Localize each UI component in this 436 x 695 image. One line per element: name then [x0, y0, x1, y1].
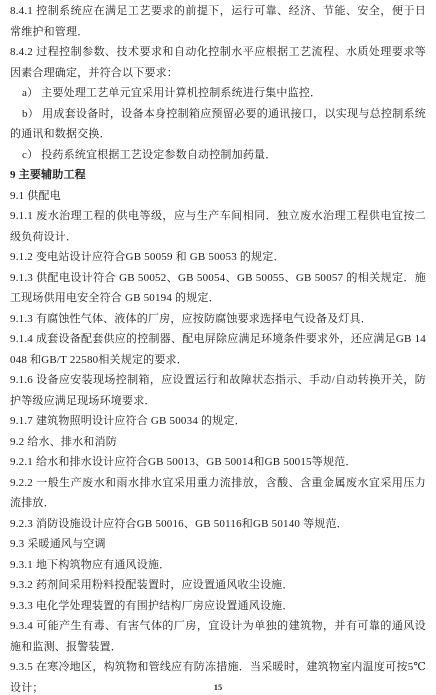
document-page: 8.4.1 控制系统应在满足工艺要求的前提下，运行可靠、经济、节能、安全，便于日…: [0, 0, 436, 695]
paragraph: 9.1.1 废水治理工程的供电等级，应与生产车间相同．独立废水治理工程供电宜按二…: [10, 206, 426, 247]
paragraph: 9.2.3 消防设施设计应符合GB 50016、GB 50116和GB 5014…: [10, 514, 426, 535]
paragraph: 9.2.2 一般生产废水和雨水排水宜采用重力流排放，含酸、含重金属废水宜采用压力…: [10, 473, 426, 514]
paragraph: b） 用成套设备时，设备本身控制箱应预留必要的通讯接口，以实现与总控制系统的通讯…: [10, 104, 426, 145]
paragraph: 9.2 给水、排水和消防: [10, 432, 426, 453]
paragraph: 8.4.1 控制系统应在满足工艺要求的前提下，运行可靠、经济、节能、安全，便于日…: [10, 1, 426, 42]
paragraph: 9.1.3 供配电设计符合 GB 50052、GB 50054、GB 50055…: [10, 268, 426, 309]
paragraph: 9.2.1 给水和排水设计应符合GB 50013、GB 50014和GB 500…: [10, 452, 426, 473]
paragraph: 9.1.6 设备应安装现场控制箱，应设置运行和故障状态指示、手动/自动转换开关，…: [10, 370, 426, 411]
paragraph: 9.1.3 有腐蚀性气体、液体的厂房，应按防腐蚀要求选择电气设备及灯具．: [10, 309, 426, 330]
paragraph: 9.1.2 变电站设计应符合GB 50059 和 GB 50053 的规定．: [10, 247, 426, 268]
page-number: 15: [0, 682, 436, 692]
paragraph: a） 主要处理工艺单元宜采用计算机控制系统进行集中监控．: [10, 83, 426, 104]
paragraph: c） 投药系统宜根据工艺设定参数自动控制加药量．: [10, 145, 426, 166]
paragraph: 9.3 采暖通风与空调: [10, 534, 426, 555]
paragraph: 9.1 供配电: [10, 186, 426, 207]
paragraph: 9.3.1 地下构筑物应有通风设施．: [10, 555, 426, 576]
document-body: 8.4.1 控制系统应在满足工艺要求的前提下，运行可靠、经济、节能、安全，便于日…: [10, 1, 426, 695]
paragraph: 8.4.2 过程控制参数、技术要求和自动化控制水平应根据工艺流程、水质处理要求等…: [10, 42, 426, 83]
paragraph: 9.3.3 电化学处理装置的有围护结构厂房应设置通风设施．: [10, 596, 426, 617]
paragraph: 9.1.4 成套设备配套供应的控制器、配电屏除应满足环境条件要求外，还应满足GB…: [10, 329, 426, 370]
section-heading: 9 主要辅助工程: [10, 165, 426, 186]
paragraph: 9.1.7 建筑物照明设计应符合 GB 50034 的规定．: [10, 411, 426, 432]
paragraph: 9.3.2 药剂间采用粉料投配装置时，应设置通风收尘设施．: [10, 575, 426, 596]
paragraph: 9.3.4 可能产生有毒、有害气体的厂房，宜设计为单独的建筑物，并有可靠的通风设…: [10, 616, 426, 657]
